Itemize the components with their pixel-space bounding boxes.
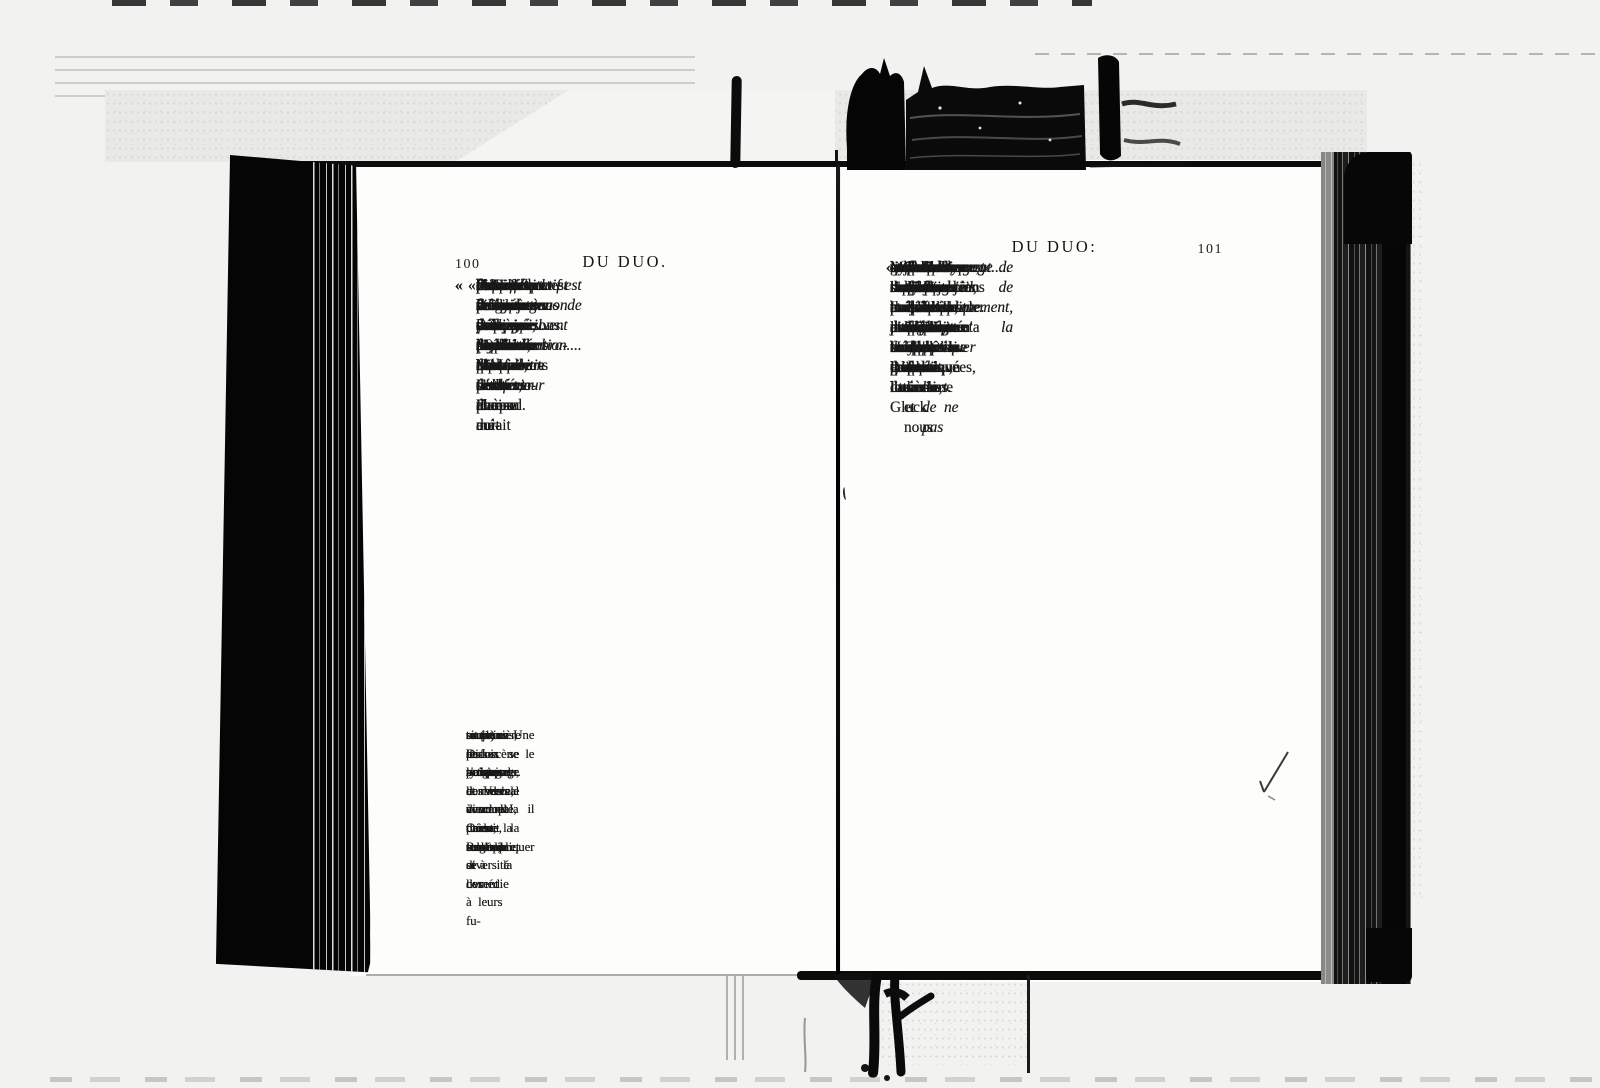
right-fan-solid-strip [1382, 152, 1405, 984]
top-center-ink-blob [840, 48, 1190, 172]
book-top-edge [235, 161, 1410, 167]
right-fan-light-gap [1321, 152, 1334, 984]
right-fan-bottom-corner [1366, 928, 1412, 982]
text-line: sa manière de s'exprimer. [462, 726, 798, 745]
bottom-speckle-cloud [880, 980, 1032, 1065]
bottom-left-streaks [726, 976, 746, 1060]
left-page-edge-fan [214, 150, 376, 978]
quote-mark: « [455, 276, 463, 296]
left-running-title: DU DUO. [455, 252, 795, 272]
text-line: littérateur; ces messieurs ne trouvent d… [886, 258, 1223, 278]
right-page-number: 101 [1198, 242, 1224, 258]
right-running-title: DU DUO: [886, 237, 1223, 257]
scan-bottom-speckle-row [50, 1077, 1600, 1082]
margin-pen-mark [1252, 748, 1302, 803]
right-page-header: DU DUO: 101 [886, 237, 1223, 259]
right-page-edge-fan [1321, 152, 1411, 984]
scanned-book-spread: 100 DU DUO. «L'accent de l'orgueil est d… [0, 0, 1600, 1088]
bottom-thin-line [1027, 975, 1030, 1073]
top-ink-bar-mark [730, 76, 742, 168]
right-fan-top-corner [1344, 152, 1412, 244]
right-fan-outer-speckle [1411, 160, 1424, 900]
gutter-stray-mark [842, 487, 849, 501]
left-page-header: 100 DU DUO. [455, 252, 795, 274]
book-gutter-tick [835, 150, 838, 166]
book-gutter [836, 164, 840, 974]
scan-top-edge-dashes [112, 0, 1092, 6]
text-line: «cette même scène par MM. Lainé et Duran… [455, 276, 795, 296]
